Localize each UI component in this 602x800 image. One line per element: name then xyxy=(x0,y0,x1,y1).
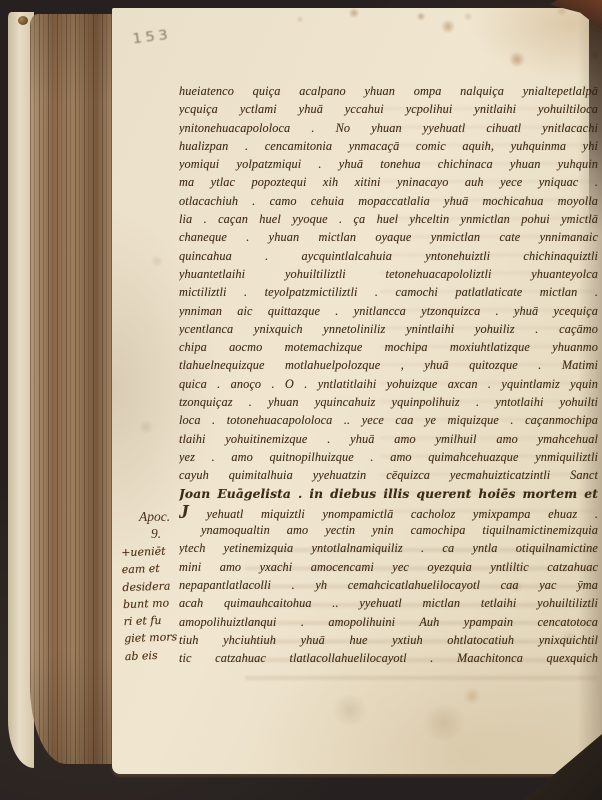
manuscript-line: ma ytlac popoztequi xih xitini yninacayo… xyxy=(179,173,598,191)
manuscript-line: ynniman aic quittazque . ynitlancca ytzo… xyxy=(179,302,598,320)
manuscript-line: tiuh yhciuhtiuh yhuā hue yxtiuh ohtlatoc… xyxy=(179,631,598,649)
binding-shadow-right xyxy=(589,0,602,235)
manuscript-line-initial: J yehuatl miquiztli ynompamictlā cacholo… xyxy=(179,503,598,521)
manuscript-line: yez . amo quitnopilhuizque . amo quimahc… xyxy=(179,448,598,466)
manuscript-line: yomiqui yolpatzmiqui . yhuā tonehua chic… xyxy=(179,155,598,173)
manuscript-line: yhuantetlaihi yohuiltiliztli tetonehuaca… xyxy=(179,265,598,283)
leaf-fore-edges xyxy=(30,14,114,764)
manuscript-line: tlaihi yohuitinemizque . yhuā amo ymilhu… xyxy=(179,430,598,448)
manuscript-line: hualizpan . cencamitonia ynmacaçā comic … xyxy=(179,137,598,155)
manuscript-line: ynamoqualtin amo yectin ynin camochipa t… xyxy=(179,521,598,539)
manuscript-line: chaneque . yhuan mictlan oyaque ynmictla… xyxy=(179,228,598,246)
manuscript-line: tic catzahuac tlatlacollahuelilocayotl .… xyxy=(179,649,598,667)
manuscript-line: quincahua . aycquintlalcahuia yntonehuiz… xyxy=(179,247,598,265)
manuscript-line: tlahuelnequizque motlahuelpolozque , yhu… xyxy=(179,356,598,374)
manuscript-line: hueiatenco quiça acalpano yhuan ompa nal… xyxy=(179,82,598,100)
manuscript-line: chipa aocmo motemachizque mochipa moxiuh… xyxy=(179,338,598,356)
manuscript-line: ycentlanca ynixquich ynnetoliniliz ynint… xyxy=(179,320,598,338)
margin-ref-chapter: 9. xyxy=(151,526,161,542)
manuscript-line: amopolihuiztlanqui . amopolihuini Auh yp… xyxy=(179,613,598,631)
clasp-stud xyxy=(18,16,28,25)
manuscript-line: tzonquiçaz . yhuan yquincahuiz yquinpoli… xyxy=(179,393,598,411)
manuscript-line: ytech yetinemizquia yntotlalnamiquiliz .… xyxy=(179,539,598,557)
manuscript-line: loca . totonehuacapololoca .. yece caa y… xyxy=(179,411,598,429)
manuscript-line: lia . caçan huel yyoque . ça huel yhcelt… xyxy=(179,210,598,228)
manuscript-line: ynitonehuacapololoca . No yhuan yyehuatl… xyxy=(179,119,598,137)
manuscript-line: mictiliztli . teyolpatzmictiliztli . cam… xyxy=(179,283,598,301)
margin-latin-gloss: +ueniēt eam et desidera bunt mo ri et fu… xyxy=(121,542,191,665)
manuscript-photo: { "document": { "pencil_folio": "153", "… xyxy=(0,0,602,800)
manuscript-line: otlacachiuh . camo cehuia mopaccatlalia … xyxy=(179,192,598,210)
manuscript-line: mini amo yxachi amocencami yec oyezquia … xyxy=(179,558,598,576)
margin-ref-book: Apoc. xyxy=(139,509,170,525)
manuscript-line: acah quimauhcaitohua .. yyehuatl mictlan… xyxy=(179,594,598,612)
manuscript-line: ycquiça yctlami yhuā yccahui ycpolihui y… xyxy=(179,100,598,118)
manuscript-text-block: hueiatenco quiça acalpano yhuan ompa nal… xyxy=(179,82,598,668)
margin-gloss-line: ab eis xyxy=(125,646,192,666)
manuscript-line: nepapantlatlacolli . yh cemahcicatlahuel… xyxy=(179,576,598,594)
manuscript-line: cayuh quimitalhuia yyehuatzin cēquizca y… xyxy=(179,466,598,484)
manuscript-line: quica . anoço . O . yntlatitlaihi yohuiz… xyxy=(179,375,598,393)
manuscript-line-latin-quote: Joan Euāgelista . in diebus illis queren… xyxy=(179,485,598,503)
